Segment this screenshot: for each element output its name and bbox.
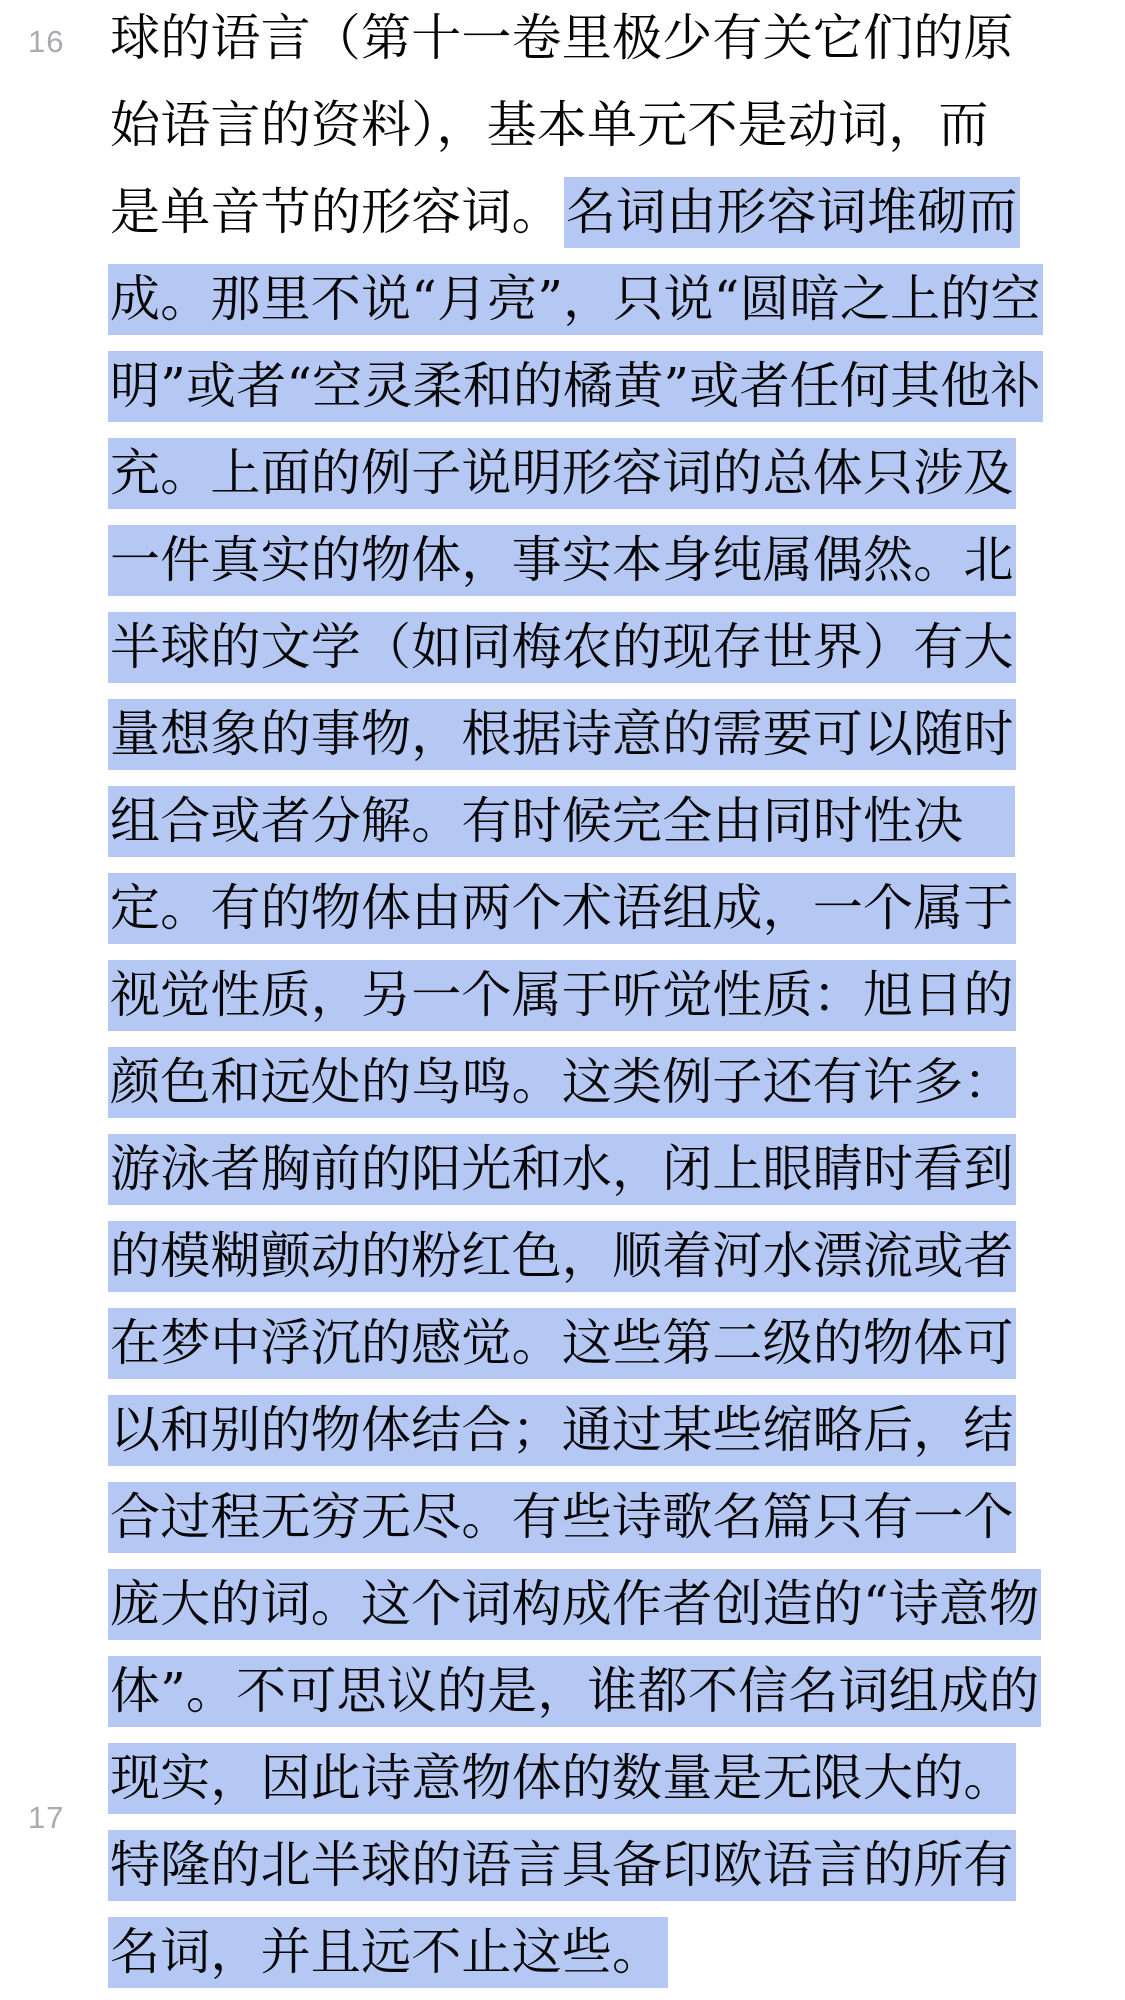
highlighted-text[interactable]: 体”。不可思议的是，谁都不信名词组成的 bbox=[108, 1656, 1041, 1727]
highlighted-text[interactable]: 半球的文学（如同梅农的现存世界）有大 bbox=[108, 612, 1016, 683]
highlighted-text[interactable]: 以和别的物体结合；通过某些缩略后，结 bbox=[108, 1395, 1016, 1466]
highlighted-text[interactable]: 名词，并且远不止这些。 bbox=[108, 1917, 668, 1988]
highlighted-text[interactable]: 定。有的物体由两个术语组成，一个属于 bbox=[108, 873, 1016, 944]
highlighted-text[interactable]: 明”或者“空灵柔和的橘黄”或者任何其他补 bbox=[108, 351, 1043, 422]
line-text: 球的语言（第十一卷里极少有关它们的原 bbox=[108, 3, 1016, 74]
text-line: 是单音节的形容词。名词由形容词堆砌而 bbox=[108, 169, 1015, 256]
text-line: 庞大的词。这个词构成作者创造的“诗意物 bbox=[108, 1561, 1015, 1648]
text-line: 以和别的物体结合；通过某些缩略后，结 bbox=[108, 1387, 1015, 1474]
line-text: 是单音节的形容词。 bbox=[108, 177, 564, 248]
highlighted-text[interactable]: 特隆的北半球的语言具备印欧语言的所有 bbox=[108, 1830, 1016, 1901]
text-line: 合过程无穷无尽。有些诗歌名篇只有一个 bbox=[108, 1474, 1015, 1561]
highlighted-text[interactable]: 的模糊颤动的粉红色，顺着河水漂流或者 bbox=[108, 1221, 1016, 1292]
text-line: 在梦中浮沉的感觉。这些第二级的物体可 bbox=[108, 1300, 1015, 1387]
highlighted-text[interactable]: 合过程无穷无尽。有些诗歌名篇只有一个 bbox=[108, 1482, 1016, 1553]
text-line: 组合或者分解。有时候完全由同时性决 bbox=[108, 778, 1015, 865]
text-lines: 球的语言（第十一卷里极少有关它们的原始语言的资料），基本单元不是动词，而是单音节… bbox=[108, 0, 1015, 1996]
highlighted-text[interactable]: 颜色和远处的鸟鸣。这类例子还有许多： bbox=[108, 1047, 1016, 1118]
text-line: 现实，因此诗意物体的数量是无限大的。 bbox=[108, 1735, 1015, 1822]
highlighted-text[interactable]: 视觉性质，另一个属于听觉性质：旭日的 bbox=[108, 960, 1016, 1031]
highlighted-text[interactable]: 游泳者胸前的阳光和水，闭上眼睛时看到 bbox=[108, 1134, 1016, 1205]
text-line: 游泳者胸前的阳光和水，闭上眼睛时看到 bbox=[108, 1126, 1015, 1213]
highlighted-text[interactable]: 名词由形容词堆砌而 bbox=[564, 177, 1020, 248]
text-line: 量想象的事物，根据诗意的需要可以随时 bbox=[108, 691, 1015, 778]
text-line: 一件真实的物体，事实本身纯属偶然。北 bbox=[108, 517, 1015, 604]
margin-number-16: 16 bbox=[28, 24, 88, 60]
line-text: 始语言的资料），基本单元不是动词，而 bbox=[108, 90, 991, 161]
text-line: 定。有的物体由两个术语组成，一个属于 bbox=[108, 865, 1015, 952]
highlighted-text[interactable]: 现实，因此诗意物体的数量是无限大的。 bbox=[108, 1743, 1016, 1814]
text-line: 充。上面的例子说明形容词的总体只涉及 bbox=[108, 430, 1015, 517]
highlighted-text[interactable]: 一件真实的物体，事实本身纯属偶然。北 bbox=[108, 525, 1016, 596]
text-line: 特隆的北半球的语言具备印欧语言的所有 bbox=[108, 1822, 1015, 1909]
text-line: 名词，并且远不止这些。 bbox=[108, 1909, 1015, 1996]
text-line: 球的语言（第十一卷里极少有关它们的原 bbox=[108, 0, 1015, 82]
highlighted-text[interactable]: 充。上面的例子说明形容词的总体只涉及 bbox=[108, 438, 1016, 509]
text-line: 成。那里不说“月亮”，只说“圆暗之上的空 bbox=[108, 256, 1015, 343]
text-line: 颜色和远处的鸟鸣。这类例子还有许多： bbox=[108, 1039, 1015, 1126]
text-line: 明”或者“空灵柔和的橘黄”或者任何其他补 bbox=[108, 343, 1015, 430]
text-line: 始语言的资料），基本单元不是动词，而 bbox=[108, 82, 1015, 169]
highlighted-text[interactable]: 组合或者分解。有时候完全由同时性决 bbox=[108, 786, 1015, 857]
reader-page: 16 17 球的语言（第十一卷里极少有关它们的原始语言的资料），基本单元不是动词… bbox=[0, 0, 1125, 2000]
text-line: 体”。不可思议的是，谁都不信名词组成的 bbox=[108, 1648, 1015, 1735]
margin-number-17: 17 bbox=[28, 1800, 88, 1836]
highlighted-text[interactable]: 在梦中浮沉的感觉。这些第二级的物体可 bbox=[108, 1308, 1016, 1379]
text-line: 的模糊颤动的粉红色，顺着河水漂流或者 bbox=[108, 1213, 1015, 1300]
highlighted-text[interactable]: 成。那里不说“月亮”，只说“圆暗之上的空 bbox=[108, 264, 1043, 335]
text-line: 视觉性质，另一个属于听觉性质：旭日的 bbox=[108, 952, 1015, 1039]
highlighted-text[interactable]: 量想象的事物，根据诗意的需要可以随时 bbox=[108, 699, 1016, 770]
text-line: 半球的文学（如同梅农的现存世界）有大 bbox=[108, 604, 1015, 691]
highlighted-text[interactable]: 庞大的词。这个词构成作者创造的“诗意物 bbox=[108, 1569, 1041, 1640]
